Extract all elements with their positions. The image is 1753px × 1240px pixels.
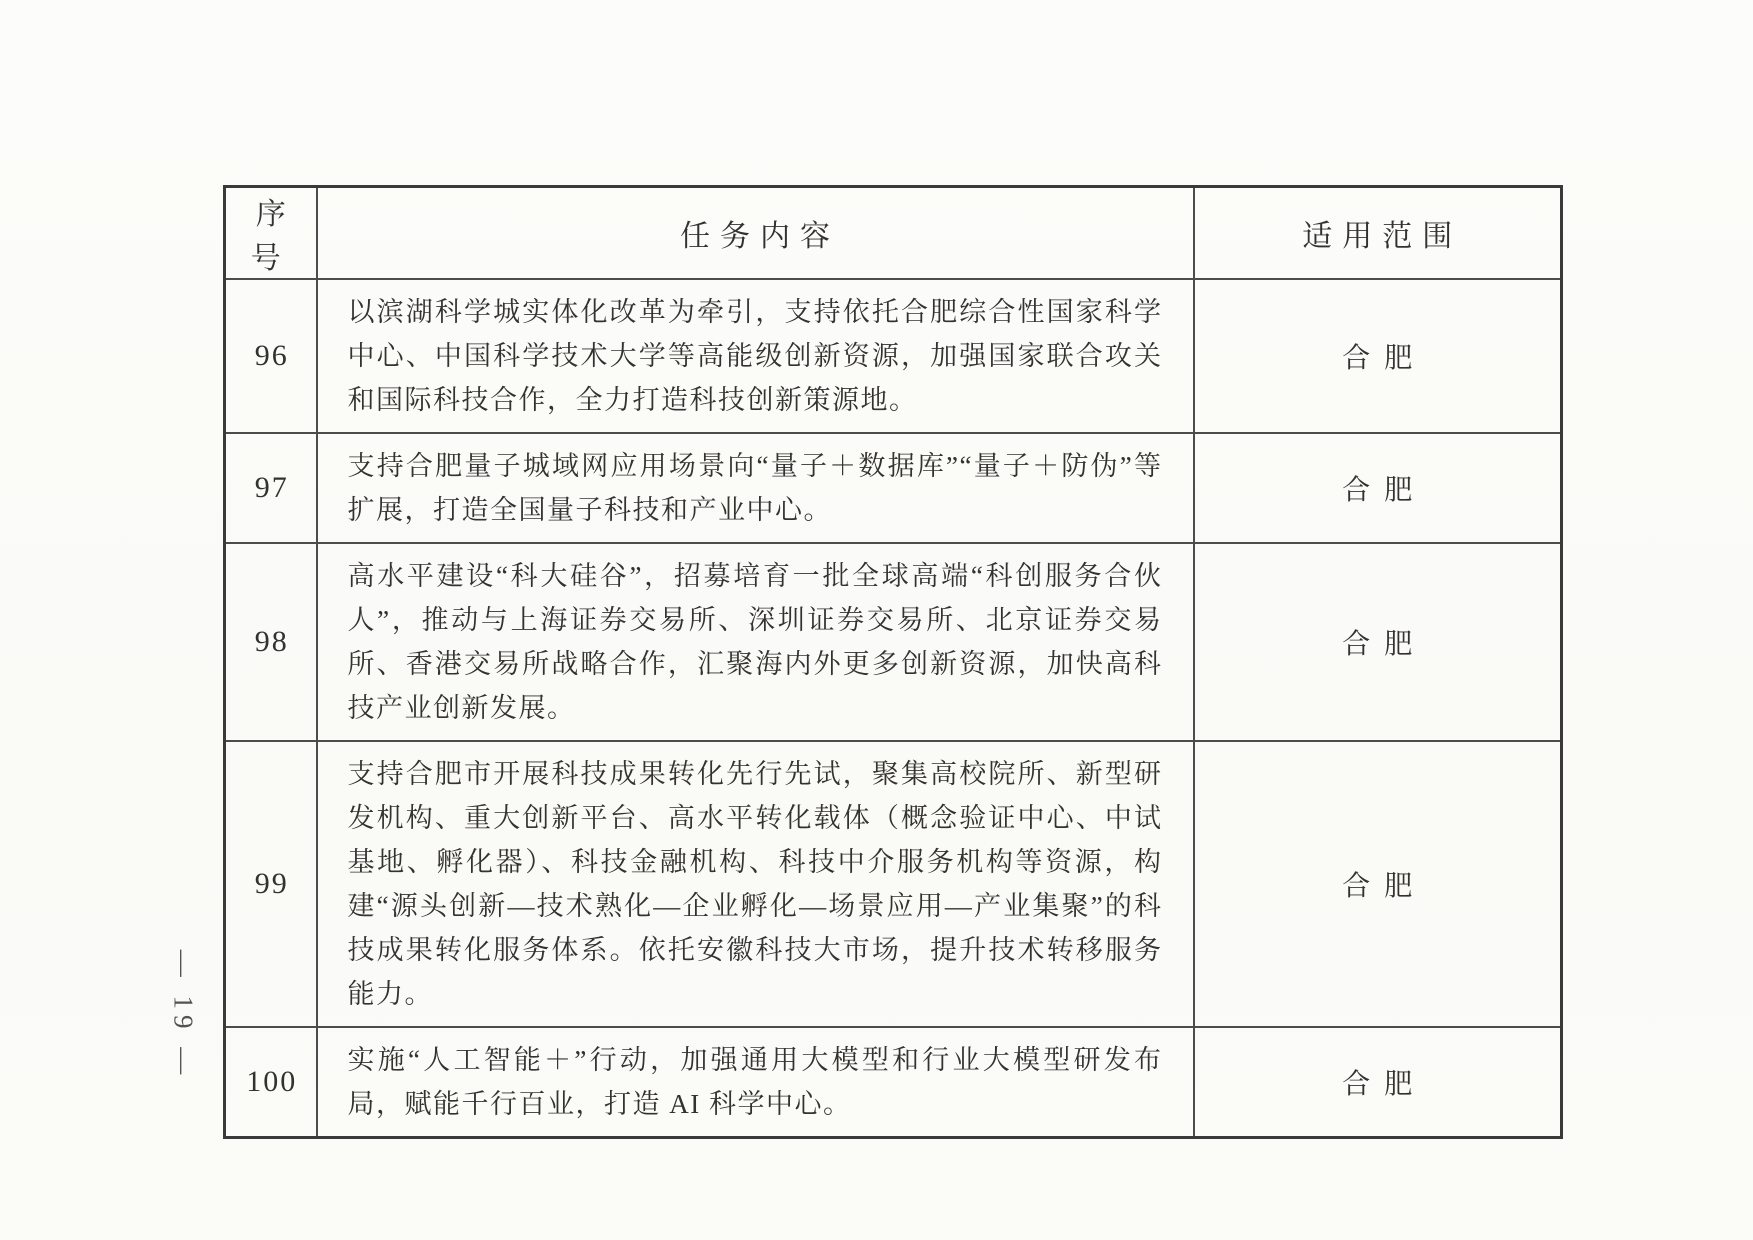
row-applicable-scope: 合肥 [1194,433,1562,543]
row-serial-number: 97 [225,433,317,543]
scanned-document-page: 序号 任务内容 适用范围 96 以滨湖科学城实体化改革为牵引，支持依托合肥综合性… [0,0,1753,1240]
row-task-content: 支持合肥量子城域网应用场景向“量子＋数据库”“量子＋防伪”等扩展，打造全国量子科… [317,433,1194,543]
row-serial-number: 98 [225,543,317,741]
row-task-content: 支持合肥市开展科技成果转化先行先试，聚集高校院所、新型研发机构、重大创新平台、高… [317,741,1194,1027]
row-serial-number: 99 [225,741,317,1027]
table-header-row: 序号 任务内容 适用范围 [225,187,1562,280]
row-task-content: 以滨湖科学城实体化改革为牵引，支持依托合肥综合性国家科学中心、中国科学技术大学等… [317,279,1194,433]
header-serial-number: 序号 [225,187,317,280]
table-row: 99 支持合肥市开展科技成果转化先行先试，聚集高校院所、新型研发机构、重大创新平… [225,741,1562,1027]
row-task-content: 实施“人工智能＋”行动，加强通用大模型和行业大模型研发布局，赋能千行百业，打造 … [317,1027,1194,1138]
row-applicable-scope: 合肥 [1194,543,1562,741]
table-row: 100 实施“人工智能＋”行动，加强通用大模型和行业大模型研发布局，赋能千行百业… [225,1027,1562,1138]
row-task-content: 高水平建设“科大硅谷”，招募培育一批全球高端“科创服务合伙人”，推动与上海证券交… [317,543,1194,741]
table-row: 96 以滨湖科学城实体化改革为牵引，支持依托合肥综合性国家科学中心、中国科学技术… [225,279,1562,433]
row-applicable-scope: 合肥 [1194,1027,1562,1138]
page-number: — 19 — [168,950,199,1081]
header-applicable-scope: 适用范围 [1194,187,1562,280]
task-table: 序号 任务内容 适用范围 96 以滨湖科学城实体化改革为牵引，支持依托合肥综合性… [223,185,1563,1139]
row-serial-number: 100 [225,1027,317,1138]
table-row: 98 高水平建设“科大硅谷”，招募培育一批全球高端“科创服务合伙人”，推动与上海… [225,543,1562,741]
row-applicable-scope: 合肥 [1194,741,1562,1027]
row-applicable-scope: 合肥 [1194,279,1562,433]
header-task-content: 任务内容 [317,187,1194,280]
row-serial-number: 96 [225,279,317,433]
task-table-container: 序号 任务内容 适用范围 96 以滨湖科学城实体化改革为牵引，支持依托合肥综合性… [223,185,1563,1139]
table-row: 97 支持合肥量子城域网应用场景向“量子＋数据库”“量子＋防伪”等扩展，打造全国… [225,433,1562,543]
